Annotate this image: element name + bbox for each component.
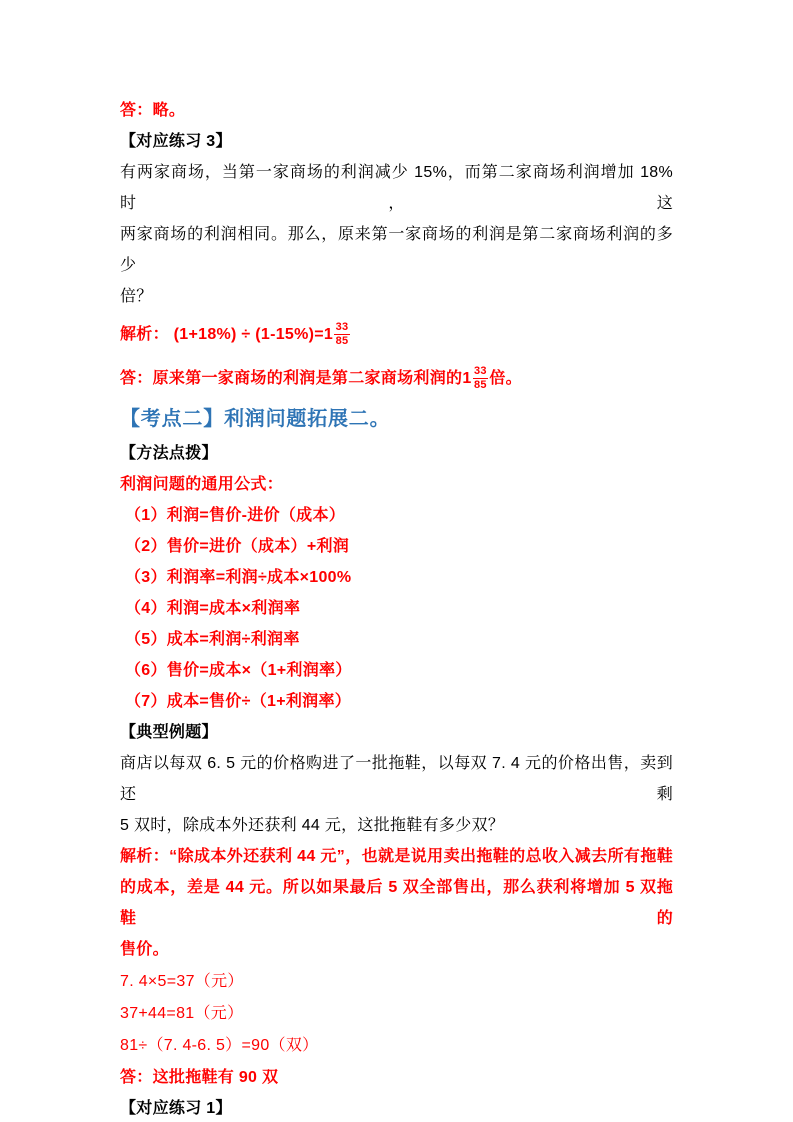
mixed-number: 13385 [324,319,351,350]
practice3-problem-line-3: 倍？ [120,281,673,312]
fraction: 3385 [334,321,350,347]
formula-item-5: （5）成本=利润÷利润率 [120,624,673,655]
formula-item-3: （3）利润率=利润÷成本×100% [120,562,673,593]
example-calc-line-2: 37+44=81（元） [120,998,673,1029]
formula-item-1: （1）利润=售价-进价（成本） [120,500,673,531]
example-solution-line-1: 解析：“除成本外还获利 44 元”，也就是说用卖出拖鞋的总收入减去所有拖鞋 [120,841,673,872]
answer-suffix: 倍。 [489,363,522,394]
example-calc-line-3: 81÷（7. 4-6. 5）=90（双） [120,1030,673,1061]
practice3-heading: 【对应练习 3】 [120,126,673,157]
practice1-heading: 【对应练习 1】 [120,1093,673,1122]
mixed-number: 13385 [462,363,489,394]
example-problem-line-1: 商店以每双 6. 5 元的价格购进了一批拖鞋，以每双 7. 4 元的价格出售，卖… [120,748,673,810]
example-heading: 【典型例题】 [120,717,673,748]
fraction-denominator: 85 [334,335,350,348]
practice3-problem-line-1: 有两家商场，当第一家商场的利润减少 15%，而第二家商场利润增加 18%时，这 [120,157,673,219]
formula-item-4: （4）利润=成本×利润率 [120,593,673,624]
method-heading: 【方法点拨】 [120,438,673,469]
document-content: 答：略。 【对应练习 3】 有两家商场，当第一家商场的利润减少 15%，而第二家… [120,95,673,1122]
whole-number: 1 [324,319,333,350]
fraction-numerator: 33 [473,365,489,379]
formula-item-2: （2）售价=进价（成本）+利润 [120,531,673,562]
example-calc-line-1: 7. 4×5=37（元） [120,966,673,997]
fraction-denominator: 85 [473,379,489,392]
formula-item-6: （6）售价=成本×（1+利润率） [120,655,673,686]
example-problem-line-2: 5 双时，除成本外还获利 44 元，这批拖鞋有多少双？ [120,810,673,841]
fraction: 3385 [473,365,489,391]
practice3-problem-line-2: 两家商场的利润相同。那么，原来第一家商场的利润是第二家商场利润的多少 [120,219,673,281]
section2-heading: 【考点二】利润问题拓展二。 [120,400,673,438]
answer-brief-text: 答：略。 [120,95,673,126]
example-solution-line-2: 的成本，差是 44 元。所以如果最后 5 双全部售出，那么获利将增加 5 双拖鞋… [120,872,673,934]
document-page: 答：略。 【对应练习 3】 有两家商场，当第一家商场的利润减少 15%，而第二家… [0,0,793,1122]
practice3-solution-line: 解析： (1+18%) ÷ (1-15%)=13385 [120,312,673,356]
formula-intro: 利润问题的通用公式： [120,469,673,500]
answer-text: 答：原来第一家商场的利润是第二家商场利润的 [120,363,462,394]
example-solution-line-3: 售价。 [120,934,673,965]
whole-number: 1 [462,363,471,394]
example-answer-line: 答：这批拖鞋有 90 双 [120,1062,673,1093]
practice3-answer-line: 答：原来第一家商场的利润是第二家商场利润的 13385倍。 [120,356,673,400]
formula-item-7: （7）成本=售价÷（1+利润率） [120,686,673,717]
solution-expression: 解析： (1+18%) ÷ (1-15%)= [120,319,324,350]
fraction-numerator: 33 [334,321,350,335]
